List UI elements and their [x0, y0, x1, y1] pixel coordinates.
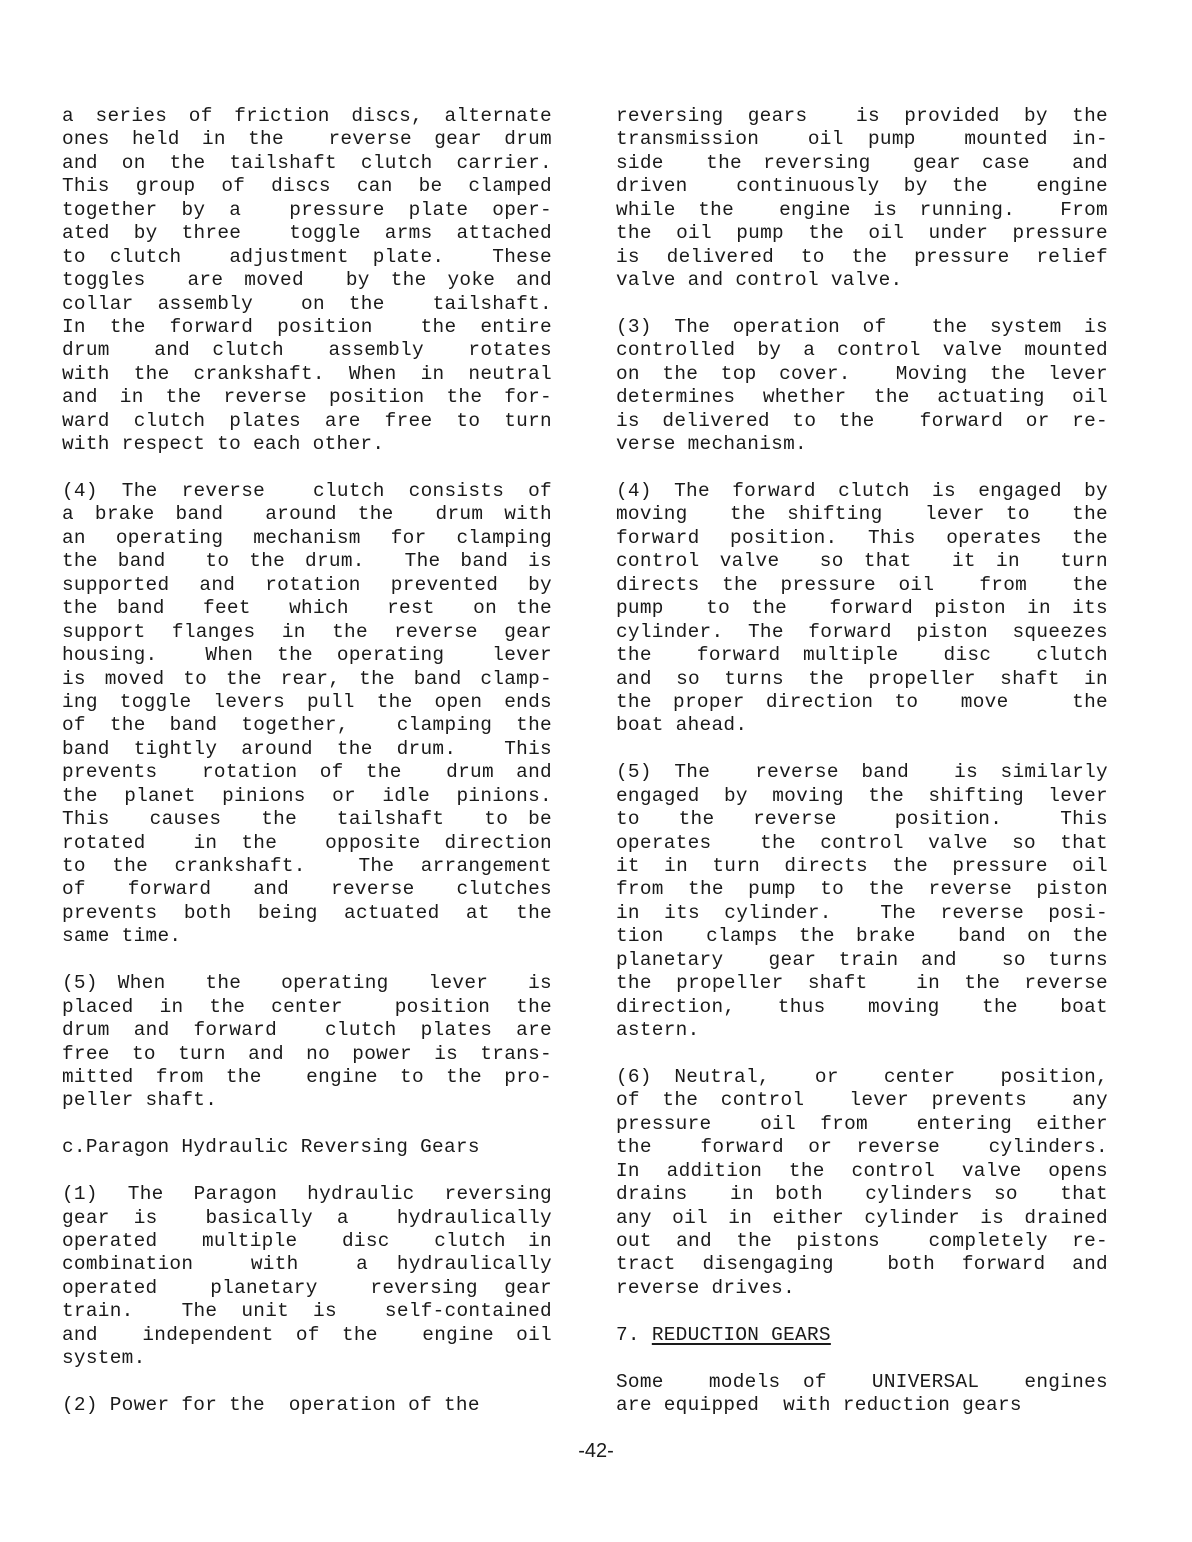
text-line: operates the control valve so that [616, 832, 1108, 855]
text-line: of the control lever prevents any [616, 1089, 1108, 1112]
text-line: control valve so that it in turn [616, 550, 1108, 573]
text-line: are equipped with reduction gears [616, 1394, 1108, 1417]
text-line: of the band together, clamping the [62, 714, 552, 737]
paragraph: (5) The reverse band is similarlyengaged… [616, 761, 1108, 1042]
text-line: free to turn and no power is trans- [62, 1043, 552, 1066]
text-line: a series of friction discs, alternate [62, 105, 552, 128]
text-line: determines whether the actuating oil [616, 386, 1108, 409]
paragraph: (1) The Paragon hydraulic reversinggear … [62, 1183, 552, 1371]
text-line: reverse drives. [616, 1277, 1108, 1300]
text-line: an operating mechanism for clamping [62, 527, 552, 550]
text-line: (2) Power for the operation of the [62, 1394, 552, 1417]
text-line: on the top cover. Moving the lever [616, 363, 1108, 386]
section-title: REDUCTION GEARS [652, 1324, 831, 1346]
text-line: it in turn directs the pressure oil [616, 855, 1108, 878]
text-line: is moved to the rear, the band clamp- [62, 668, 552, 691]
text-line: verse mechanism. [616, 433, 1108, 456]
text-line: ing toggle levers pull the open ends [62, 691, 552, 714]
text-line: housing. When the operating lever [62, 644, 552, 667]
text-line: drum and forward clutch plates are [62, 1019, 552, 1042]
text-line: to the crankshaft. The arrangement [62, 855, 552, 878]
text-line: direction, thus moving the boat [616, 996, 1108, 1019]
text-line: driven continuously by the engine [616, 175, 1108, 198]
text-line: (5) The reverse band is similarly [616, 761, 1108, 784]
text-line: In addition the control valve opens [616, 1160, 1108, 1183]
text-line: of forward and reverse clutches [62, 878, 552, 901]
text-line: valve and control valve. [616, 269, 1108, 292]
text-line: the propeller shaft in the reverse [616, 972, 1108, 995]
paragraph: (4) The reverse clutch consists ofa brak… [62, 480, 552, 949]
text-line: and so turns the propeller shaft in [616, 668, 1108, 691]
text-line: Some models of UNIVERSAL engines [616, 1371, 1108, 1394]
text-line: gear is basically a hydraulically [62, 1207, 552, 1230]
text-line: support flanges in the reverse gear [62, 621, 552, 644]
paragraph: (6) Neutral, or center position,of the c… [616, 1066, 1108, 1300]
text-line: the band feet which rest on the [62, 597, 552, 620]
text-line: is delivered to the pressure relief [616, 246, 1108, 269]
text-line: the forward multiple disc clutch [616, 644, 1108, 667]
text-line: This group of discs can be clamped [62, 175, 552, 198]
text-line: operated multiple disc clutch in [62, 1230, 552, 1253]
text-line: directs the pressure oil from the [616, 574, 1108, 597]
text-line: In the forward position the entire [62, 316, 552, 339]
text-line: ones held in the reverse gear drum [62, 128, 552, 151]
text-line: and independent of the engine oil [62, 1324, 552, 1347]
text-line: side the reversing gear case and [616, 152, 1108, 175]
text-line: from the pump to the reverse piston [616, 878, 1108, 901]
text-line: astern. [616, 1019, 1108, 1042]
text-line: (5) When the operating lever is [62, 972, 552, 995]
text-line: mitted from the engine to the pro- [62, 1066, 552, 1089]
text-line: reversing gears is provided by the [616, 105, 1108, 128]
text-line: rotated in the opposite direction [62, 832, 552, 855]
paragraph: reversing gears is provided by thetransm… [616, 105, 1108, 293]
section-heading: 7. REDUCTION GEARS [616, 1324, 1108, 1347]
text-line: prevents rotation of the drum and [62, 761, 552, 784]
text-line: the planet pinions or idle pinions. [62, 785, 552, 808]
text-line: supported and rotation prevented by [62, 574, 552, 597]
text-line: the forward or reverse cylinders. [616, 1136, 1108, 1159]
text-line: (6) Neutral, or center position, [616, 1066, 1108, 1089]
text-line: out and the pistons completely re- [616, 1230, 1108, 1253]
text-line: ated by three toggle arms attached [62, 222, 552, 245]
text-line: operated planetary reversing gear [62, 1277, 552, 1300]
text-line: c.Paragon Hydraulic Reversing Gears [62, 1136, 552, 1159]
text-line: train. The unit is self-contained [62, 1300, 552, 1323]
paragraph: (4) The forward clutch is engaged bymovi… [616, 480, 1108, 738]
text-line: while the engine is running. From [616, 199, 1108, 222]
page-number: -42- [0, 1440, 1192, 1463]
text-line: together by a pressure plate oper- [62, 199, 552, 222]
text-line: and on the tailshaft clutch carrier. [62, 152, 552, 175]
text-line: is delivered to the forward or re- [616, 410, 1108, 433]
text-line: engaged by moving the shifting lever [616, 785, 1108, 808]
text-line: This causes the tailshaft to be [62, 808, 552, 831]
text-line: tion clamps the brake band on the [616, 925, 1108, 948]
text-line: (1) The Paragon hydraulic reversing [62, 1183, 552, 1206]
text-line: and in the reverse position the for- [62, 386, 552, 409]
text-line: transmission oil pump mounted in- [616, 128, 1108, 151]
text-line: a brake band around the drum with [62, 503, 552, 526]
text-line: any oil in either cylinder is drained [616, 1207, 1108, 1230]
text-line: combination with a hydraulically [62, 1253, 552, 1276]
paragraph: (5) When the operating lever isplaced in… [62, 972, 552, 1113]
text-line: forward position. This operates the [616, 527, 1108, 550]
text-line: planetary gear train and so turns [616, 949, 1108, 972]
text-line: peller shaft. [62, 1089, 552, 1112]
text-line: drum and clutch assembly rotates [62, 339, 552, 362]
paragraph: (2) Power for the operation of the [62, 1394, 552, 1417]
text-line: (4) The reverse clutch consists of [62, 480, 552, 503]
subsection-heading: c.Paragon Hydraulic Reversing Gears [62, 1136, 552, 1159]
text-line: same time. [62, 925, 552, 948]
text-line: in its cylinder. The reverse posi- [616, 902, 1108, 925]
text-line: with respect to each other. [62, 433, 552, 456]
text-line: cylinder. The forward piston squeezes [616, 621, 1108, 644]
text-line: controlled by a control valve mounted [616, 339, 1108, 362]
text-line: collar assembly on the tailshaft. [62, 293, 552, 316]
section-number: 7. [616, 1324, 640, 1346]
text-line: placed in the center position the [62, 996, 552, 1019]
text-line: system. [62, 1347, 552, 1370]
paragraph: Some models of UNIVERSAL enginesare equi… [616, 1371, 1108, 1418]
text-line: to the reverse position. This [616, 808, 1108, 831]
text-line: drains in both cylinders so that [616, 1183, 1108, 1206]
text-line: toggles are moved by the yoke and [62, 269, 552, 292]
text-line: to clutch adjustment plate. These [62, 246, 552, 269]
text-line: the oil pump the oil under pressure [616, 222, 1108, 245]
text-line: the band to the drum. The band is [62, 550, 552, 573]
text-line: ward clutch plates are free to turn [62, 410, 552, 433]
text-line: with the crankshaft. When in neutral [62, 363, 552, 386]
text-line: boat ahead. [616, 714, 1108, 737]
text-line: the proper direction to move the [616, 691, 1108, 714]
paragraph: (3) The operation of the system iscontro… [616, 316, 1108, 457]
text-line: (4) The forward clutch is engaged by [616, 480, 1108, 503]
text-line: prevents both being actuated at the [62, 902, 552, 925]
text-line: pressure oil from entering either [616, 1113, 1108, 1136]
text-line: tract disengaging both forward and [616, 1253, 1108, 1276]
paragraph: a series of friction discs, alternateone… [62, 105, 552, 457]
text-line: band tightly around the drum. This [62, 738, 552, 761]
right-column: reversing gears is provided by thetransm… [616, 105, 1108, 1441]
text-line: moving the shifting lever to the [616, 503, 1108, 526]
section-heading-line: 7. REDUCTION GEARS [616, 1324, 1108, 1347]
text-line: (3) The operation of the system is [616, 316, 1108, 339]
text-line: pump to the forward piston in its [616, 597, 1108, 620]
left-column: a series of friction discs, alternateone… [62, 105, 552, 1441]
